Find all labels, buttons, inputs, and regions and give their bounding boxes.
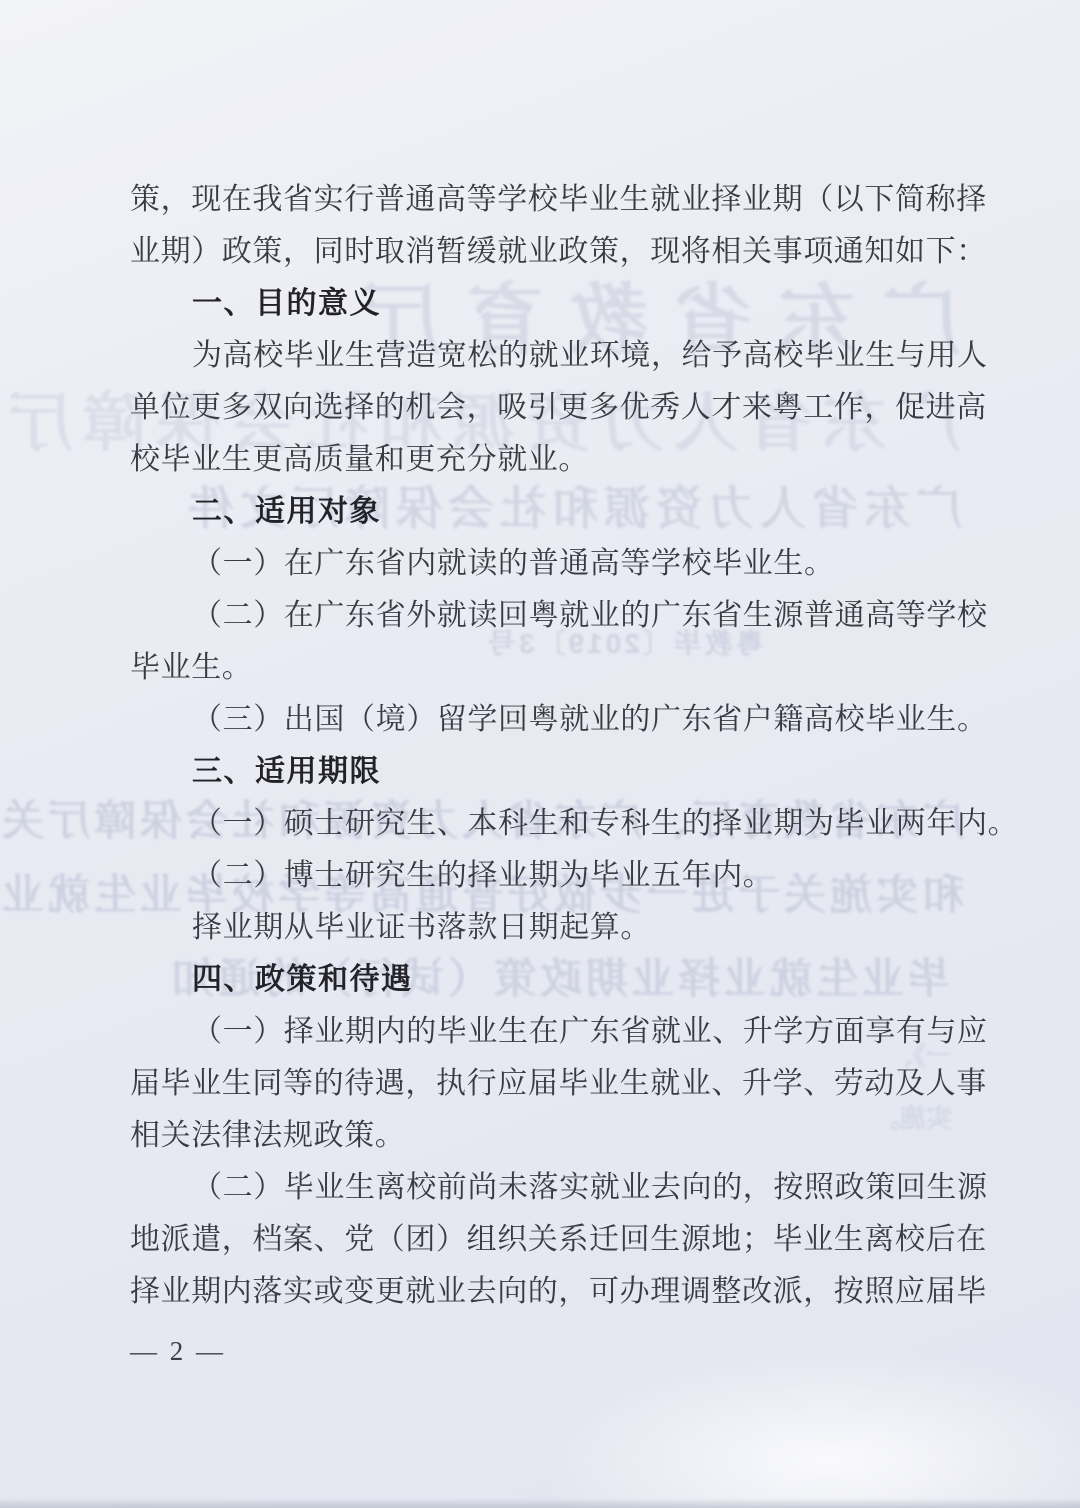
document-body: 策，现在我省实行普通高等学校毕业生就业择业期（以下简称择 业期）政策，同时取消暂… [130, 180, 952, 1324]
section-heading-1: 一、目的意义 [130, 284, 952, 336]
body-line: 择业期内落实或变更就业去向的，可办理调整改派，按照应届毕 [130, 1272, 952, 1324]
section-heading-2: 二、适用对象 [130, 492, 952, 544]
body-line: （一）在广东省内就读的普通高等学校毕业生。 [130, 544, 952, 596]
body-line: 届毕业生同等的待遇，执行应届毕业生就业、升学、劳动及人事 [130, 1064, 952, 1116]
body-line: （一）硕士研究生、本科生和专科生的择业期为毕业两年内。 [130, 804, 952, 856]
scanned-document-page: 广东省教育厅 广东省人力资源和社会保障厅 广东省人力资源和社会保障厅文件 粤教毕… [0, 0, 1080, 1508]
body-line: 地派遣，档案、党（团）组织关系迁回生源地；毕业生离校后在 [130, 1220, 952, 1272]
page-number: — 2 — [130, 1336, 226, 1367]
body-line: 策，现在我省实行普通高等学校毕业生就业择业期（以下简称择 [130, 180, 952, 232]
body-line: 毕业生。 [130, 648, 952, 700]
body-line: 为高校毕业生营造宽松的就业环境，给予高校毕业生与用人 [130, 336, 952, 388]
body-line: 相关法律法规政策。 [130, 1116, 952, 1168]
body-line: 校毕业生更高质量和更充分就业。 [130, 440, 952, 492]
body-line: 择业期从毕业证书落款日期起算。 [130, 908, 952, 960]
body-line: （二）毕业生离校前尚未落实就业去向的，按照政策回生源 [130, 1168, 952, 1220]
body-line: 单位更多双向选择的机会，吸引更多优秀人才来粤工作，促进高 [130, 388, 952, 440]
section-heading-4: 四、政策和待遇 [130, 960, 952, 1012]
body-line: （一）择业期内的毕业生在广东省就业、升学方面享有与应 [130, 1012, 952, 1064]
body-line: （二）在广东省外就读回粤就业的广东省生源普通高等学校 [130, 596, 952, 648]
body-line: 业期）政策，同时取消暂缓就业政策，现将相关事项通知如下： [130, 232, 952, 284]
body-line: （二）博士研究生的择业期为毕业五年内。 [130, 856, 952, 908]
body-line: （三）出国（境）留学回粤就业的广东省户籍高校毕业生。 [130, 700, 952, 752]
section-heading-3: 三、适用期限 [130, 752, 952, 804]
